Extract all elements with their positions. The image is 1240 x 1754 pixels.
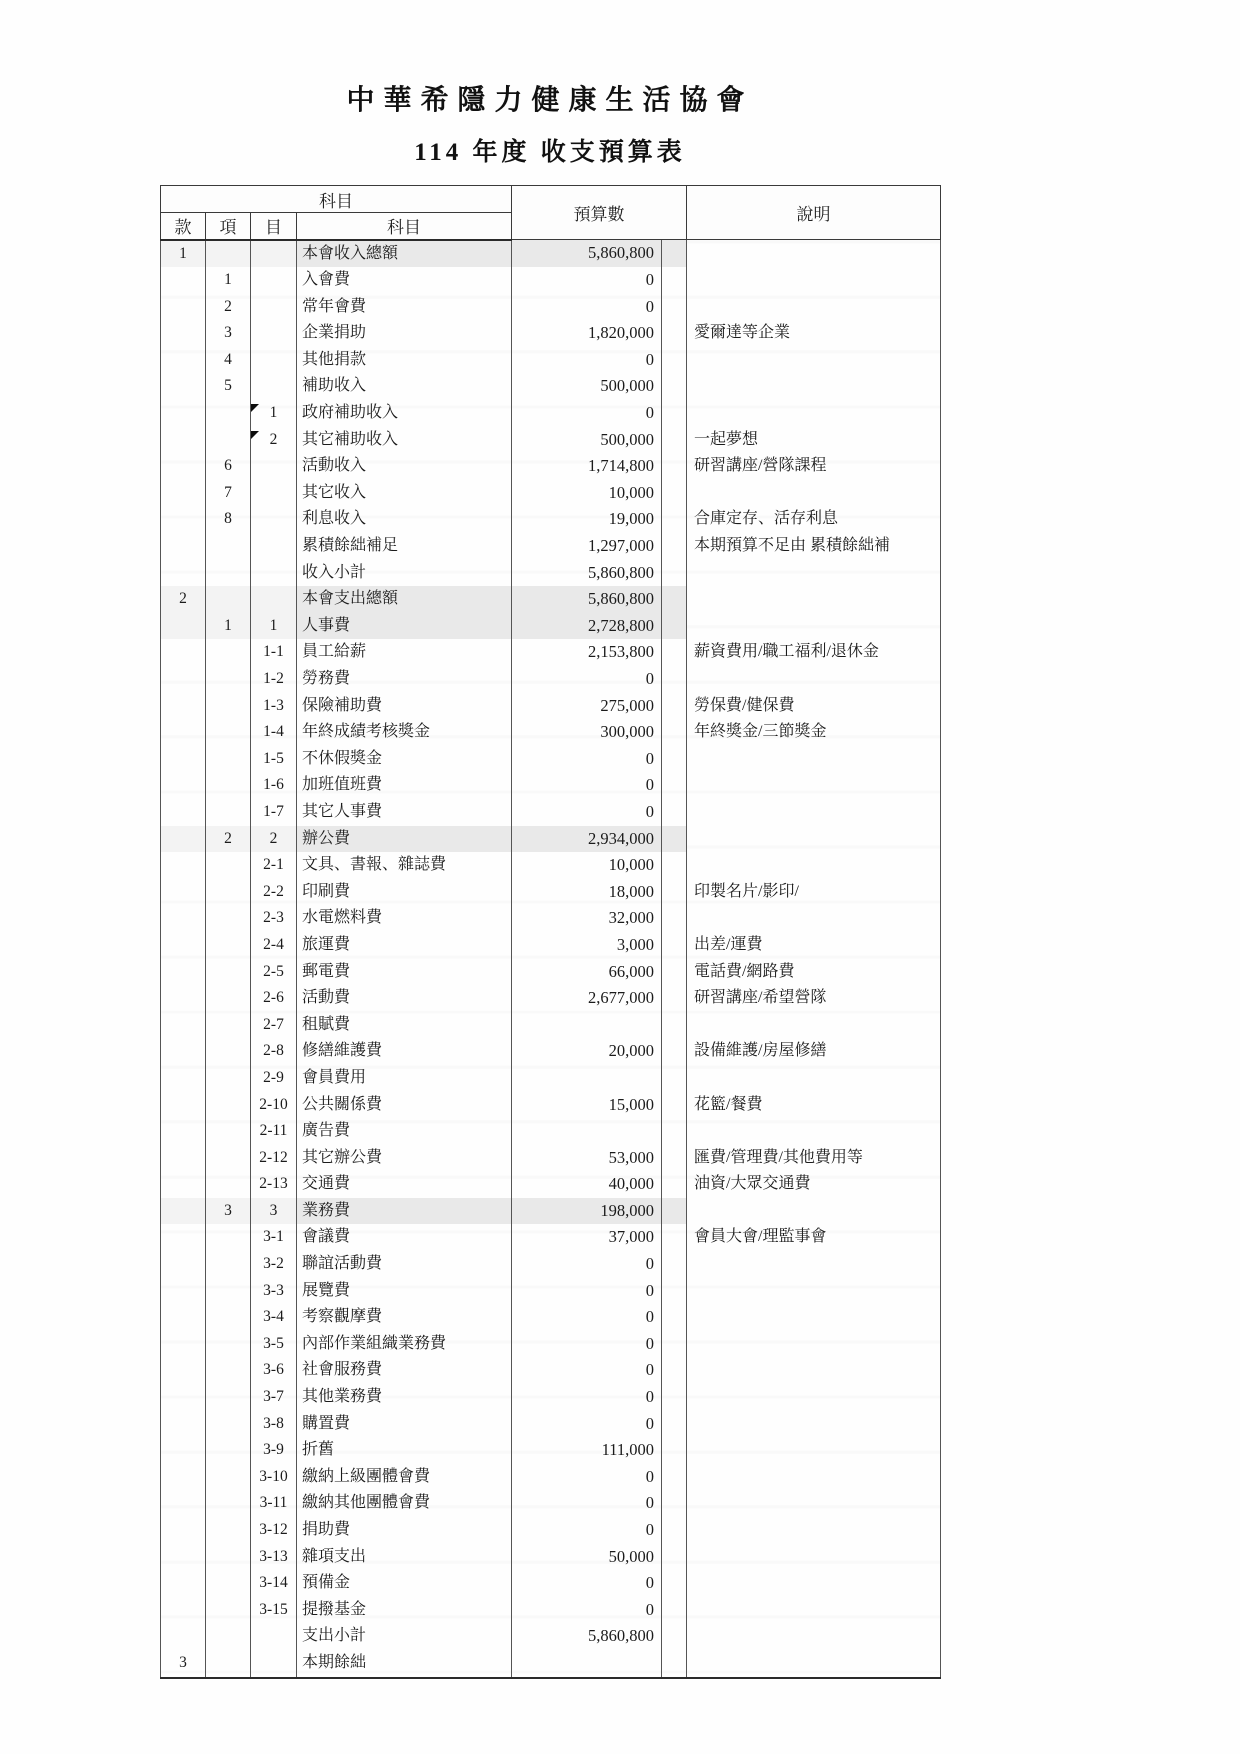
mu-cell: 1-7 xyxy=(251,799,297,826)
kuan-cell xyxy=(161,1038,206,1065)
xiang-cell xyxy=(206,719,251,746)
gap-cell xyxy=(662,613,687,640)
kuan-cell xyxy=(161,1544,206,1571)
note-cell xyxy=(687,1570,941,1597)
budget-cell: 0 xyxy=(512,294,662,321)
note-cell xyxy=(687,347,941,374)
kuan-cell xyxy=(161,1357,206,1384)
kuan-cell xyxy=(161,1464,206,1491)
note-cell xyxy=(687,905,941,932)
budget-table: 科目 預算數 說明 款 項 目 科目 1本會收入總額5,860,8001入會費0… xyxy=(160,185,941,1679)
mu-cell: 3-13 xyxy=(251,1544,297,1571)
table-row: 3-3展覽費0 xyxy=(161,1278,941,1305)
mu-cell: 3-12 xyxy=(251,1517,297,1544)
subject-cell: 旅運費 xyxy=(297,932,512,959)
table-row: 1-6加班值班費0 xyxy=(161,772,941,799)
note-cell: 會員大會/理監事會 xyxy=(687,1224,941,1251)
subject-group-header: 科目 xyxy=(161,186,512,213)
table-row: 3-12捐助費0 xyxy=(161,1517,941,1544)
subject-cell: 內部作業組織業務費 xyxy=(297,1331,512,1358)
table-row: 3-4考察觀摩費0 xyxy=(161,1304,941,1331)
xiang-cell xyxy=(206,1038,251,1065)
gap-cell xyxy=(662,1145,687,1172)
gap-cell xyxy=(662,879,687,906)
subject-cell: 購置費 xyxy=(297,1411,512,1438)
budget-cell: 19,000 xyxy=(512,506,662,533)
gap-cell xyxy=(662,799,687,826)
table-row: 1-2勞務費0 xyxy=(161,666,941,693)
budget-cell: 37,000 xyxy=(512,1224,662,1251)
note-cell xyxy=(687,1198,941,1225)
xiang-cell xyxy=(206,1065,251,1092)
note-cell xyxy=(687,1065,941,1092)
budget-cell: 0 xyxy=(512,1570,662,1597)
note-cell xyxy=(687,826,941,853)
page-subtitle: 114 年度 收支預算表 xyxy=(160,132,940,168)
subject-cell: 預備金 xyxy=(297,1570,512,1597)
kuan-cell xyxy=(161,959,206,986)
subject-cell: 常年會費 xyxy=(297,294,512,321)
note-cell xyxy=(687,1650,941,1678)
kuan-cell: 1 xyxy=(161,240,206,268)
xiang-cell xyxy=(206,1464,251,1491)
subject-cell: 員工給薪 xyxy=(297,639,512,666)
table-row: 1-5不休假獎金0 xyxy=(161,746,941,773)
xiang-cell xyxy=(206,1570,251,1597)
mu-cell xyxy=(251,533,297,560)
mu-cell: 1 xyxy=(251,613,297,640)
budget-cell: 15,000 xyxy=(512,1092,662,1119)
gap-cell xyxy=(662,1012,687,1039)
gap-cell xyxy=(662,347,687,374)
xiang-cell xyxy=(206,1517,251,1544)
kuan-cell xyxy=(161,826,206,853)
subject-cell: 其它人事費 xyxy=(297,799,512,826)
gap-cell xyxy=(662,852,687,879)
mu-cell: 2-13 xyxy=(251,1171,297,1198)
xiang-cell xyxy=(206,639,251,666)
kuan-cell xyxy=(161,772,206,799)
gap-cell xyxy=(662,1092,687,1119)
kuan-cell xyxy=(161,1384,206,1411)
table-row: 2常年會費0 xyxy=(161,294,941,321)
gap-cell xyxy=(662,267,687,294)
table-row: 2-13交通費40,000油資/大眾交通費 xyxy=(161,1171,941,1198)
subject-cell: 廣告費 xyxy=(297,1118,512,1145)
mu-cell xyxy=(251,240,297,268)
subject-cell: 收入小計 xyxy=(297,560,512,587)
subject-cell: 辦公費 xyxy=(297,826,512,853)
comment-marker-icon xyxy=(251,431,259,439)
budget-cell: 500,000 xyxy=(512,427,662,454)
xiang-cell xyxy=(206,1171,251,1198)
xiang-cell xyxy=(206,586,251,613)
kuan-cell xyxy=(161,613,206,640)
subject-cell: 利息收入 xyxy=(297,506,512,533)
gap-cell xyxy=(662,772,687,799)
xiang-cell: 3 xyxy=(206,320,251,347)
table-row: 1-4年終成績考核獎金300,000年終獎金/三節獎金 xyxy=(161,719,941,746)
note-cell xyxy=(687,267,941,294)
gap-cell xyxy=(662,1278,687,1305)
subject-cell: 本會收入總額 xyxy=(297,240,512,268)
kuan-cell xyxy=(161,932,206,959)
mu-cell: 2-2 xyxy=(251,879,297,906)
kuan-cell xyxy=(161,294,206,321)
budget-table-header: 科目 預算數 說明 款 項 目 科目 xyxy=(161,186,941,240)
kuan-cell xyxy=(161,799,206,826)
gap-cell xyxy=(662,373,687,400)
xiang-cell xyxy=(206,985,251,1012)
mu-cell: 2-7 xyxy=(251,1012,297,1039)
mu-cell: 2-12 xyxy=(251,1145,297,1172)
mu-cell xyxy=(251,320,297,347)
subject-cell: 折舊 xyxy=(297,1437,512,1464)
gap-cell xyxy=(662,1357,687,1384)
gap-cell xyxy=(662,294,687,321)
budget-cell: 2,677,000 xyxy=(512,985,662,1012)
gap-cell xyxy=(662,1118,687,1145)
budget-cell: 0 xyxy=(512,1357,662,1384)
table-row: 3-15提撥基金0 xyxy=(161,1597,941,1624)
gap-cell xyxy=(662,1065,687,1092)
gap-cell xyxy=(662,666,687,693)
xiang-cell xyxy=(206,1411,251,1438)
table-row: 1本會收入總額5,860,800 xyxy=(161,240,941,268)
xiang-cell: 1 xyxy=(206,267,251,294)
budget-cell: 0 xyxy=(512,400,662,427)
table-row: 5補助收入500,000 xyxy=(161,373,941,400)
note-cell: 匯費/管理費/其他費用等 xyxy=(687,1145,941,1172)
budget-cell: 0 xyxy=(512,746,662,773)
budget-cell: 53,000 xyxy=(512,1145,662,1172)
note-cell: 電話費/網路費 xyxy=(687,959,941,986)
table-row: 3-11繳納其他團體會費0 xyxy=(161,1490,941,1517)
budget-cell xyxy=(512,1065,662,1092)
mu-cell xyxy=(251,347,297,374)
xiang-cell: 7 xyxy=(206,480,251,507)
note-cell: 愛爾達等企業 xyxy=(687,320,941,347)
budget-cell: 50,000 xyxy=(512,1544,662,1571)
kuan-cell xyxy=(161,985,206,1012)
budget-cell: 275,000 xyxy=(512,693,662,720)
mu-cell: 1-6 xyxy=(251,772,297,799)
mu-cell: 1-5 xyxy=(251,746,297,773)
xiang-cell xyxy=(206,1092,251,1119)
xiang-cell xyxy=(206,772,251,799)
budget-cell: 0 xyxy=(512,1384,662,1411)
document-header: 中華希隱力健康生活協會 114 年度 收支預算表 xyxy=(160,78,940,168)
kuan-cell xyxy=(161,1278,206,1305)
kuan-cell xyxy=(161,1198,206,1225)
mu-cell xyxy=(251,373,297,400)
gap-cell xyxy=(662,1331,687,1358)
gap-cell xyxy=(662,1384,687,1411)
subject-cell: 其它辦公費 xyxy=(297,1145,512,1172)
xiang-cell xyxy=(206,693,251,720)
table-row: 2-5郵電費66,000電話費/網路費 xyxy=(161,959,941,986)
subject-cell: 企業捐助 xyxy=(297,320,512,347)
xiang-cell xyxy=(206,1118,251,1145)
table-row: 支出小計5,860,800 xyxy=(161,1623,941,1650)
mu-cell xyxy=(251,506,297,533)
note-cell xyxy=(687,1544,941,1571)
table-row: 3本期餘絀 xyxy=(161,1650,941,1678)
mu-cell: 2-3 xyxy=(251,905,297,932)
kuan-cell xyxy=(161,1623,206,1650)
note-cell: 印製名片/影印/ xyxy=(687,879,941,906)
table-row: 2-1文具、書報、雜誌費10,000 xyxy=(161,852,941,879)
subject-cell: 印刷費 xyxy=(297,879,512,906)
kuan-cell xyxy=(161,453,206,480)
kuan-cell xyxy=(161,852,206,879)
mu-cell: 3-4 xyxy=(251,1304,297,1331)
gap-cell xyxy=(662,1411,687,1438)
mu-cell: 3-7 xyxy=(251,1384,297,1411)
table-row: 3-7其他業務費0 xyxy=(161,1384,941,1411)
kuan-cell: 3 xyxy=(161,1650,206,1678)
kuan-cell xyxy=(161,639,206,666)
mu-column-header: 目 xyxy=(251,213,297,240)
note-cell: 本期預算不足由 累積餘絀補 xyxy=(687,533,941,560)
xiang-cell xyxy=(206,1145,251,1172)
budget-cell: 0 xyxy=(512,1464,662,1491)
note-cell xyxy=(687,1464,941,1491)
mu-cell xyxy=(251,480,297,507)
subject-cell: 其他業務費 xyxy=(297,1384,512,1411)
budget-cell: 0 xyxy=(512,772,662,799)
subject-cell: 交通費 xyxy=(297,1171,512,1198)
mu-cell: 1-2 xyxy=(251,666,297,693)
kuan-cell xyxy=(161,1411,206,1438)
kuan-cell xyxy=(161,1012,206,1039)
mu-cell: 2-8 xyxy=(251,1038,297,1065)
budget-cell: 5,860,800 xyxy=(512,586,662,613)
budget-cell: 2,153,800 xyxy=(512,639,662,666)
kuan-cell xyxy=(161,533,206,560)
gap-cell xyxy=(662,932,687,959)
kuan-cell xyxy=(161,1118,206,1145)
note-cell: 出差/運費 xyxy=(687,932,941,959)
mu-cell: 1-3 xyxy=(251,693,297,720)
budget-cell xyxy=(512,1650,662,1678)
table-row: 3-13雜項支出50,000 xyxy=(161,1544,941,1571)
mu-cell xyxy=(251,294,297,321)
xiang-cell xyxy=(206,400,251,427)
gap-cell xyxy=(662,240,687,268)
xiang-cell: 4 xyxy=(206,347,251,374)
note-cell xyxy=(687,373,941,400)
table-row: 3-6社會服務費0 xyxy=(161,1357,941,1384)
mu-cell: 1-1 xyxy=(251,639,297,666)
gap-cell xyxy=(662,1464,687,1491)
budget-cell: 5,860,800 xyxy=(512,560,662,587)
kuan-cell xyxy=(161,400,206,427)
budget-cell: 3,000 xyxy=(512,932,662,959)
note-cell xyxy=(687,666,941,693)
note-cell xyxy=(687,1304,941,1331)
kuan-cell xyxy=(161,320,206,347)
table-row: 1政府補助收入0 xyxy=(161,400,941,427)
xiang-cell xyxy=(206,932,251,959)
kuan-cell xyxy=(161,1224,206,1251)
subject-cell: 社會服務費 xyxy=(297,1357,512,1384)
subject-cell: 修繕維護費 xyxy=(297,1038,512,1065)
subject-cell: 補助收入 xyxy=(297,373,512,400)
note-cell: 年終獎金/三節獎金 xyxy=(687,719,941,746)
xiang-cell xyxy=(206,666,251,693)
xiang-cell xyxy=(206,1650,251,1678)
mu-cell: 3-9 xyxy=(251,1437,297,1464)
note-cell: 研習講座/希望營隊 xyxy=(687,985,941,1012)
budget-cell: 0 xyxy=(512,666,662,693)
budget-cell xyxy=(512,1012,662,1039)
table-row: 2-3水電燃料費32,000 xyxy=(161,905,941,932)
subject-cell: 其它補助收入 xyxy=(297,427,512,454)
budget-cell: 0 xyxy=(512,1251,662,1278)
note-cell xyxy=(687,1490,941,1517)
note-cell: 油資/大眾交通費 xyxy=(687,1171,941,1198)
xiang-cell xyxy=(206,1012,251,1039)
kuan-cell xyxy=(161,905,206,932)
budget-cell: 0 xyxy=(512,347,662,374)
xiang-cell xyxy=(206,1251,251,1278)
note-cell xyxy=(687,1118,941,1145)
note-cell xyxy=(687,1411,941,1438)
mu-cell: 3-1 xyxy=(251,1224,297,1251)
kuan-cell xyxy=(161,1517,206,1544)
budget-cell: 0 xyxy=(512,1490,662,1517)
table-row: 1入會費0 xyxy=(161,267,941,294)
xiang-cell xyxy=(206,1437,251,1464)
xiang-cell xyxy=(206,240,251,268)
gap-cell xyxy=(662,1517,687,1544)
budget-cell: 1,297,000 xyxy=(512,533,662,560)
gap-cell xyxy=(662,400,687,427)
table-row: 2-12其它辦公費53,000匯費/管理費/其他費用等 xyxy=(161,1145,941,1172)
subject-cell: 本會支出總額 xyxy=(297,586,512,613)
budget-cell: 66,000 xyxy=(512,959,662,986)
subject-cell: 公共關係費 xyxy=(297,1092,512,1119)
table-row: 2-2印刷費18,000印製名片/影印/ xyxy=(161,879,941,906)
gap-cell xyxy=(662,1490,687,1517)
table-row: 22辦公費2,934,000 xyxy=(161,826,941,853)
table-row: 2-11廣告費 xyxy=(161,1118,941,1145)
mu-cell xyxy=(251,1623,297,1650)
subject-cell: 繳納上級團體會費 xyxy=(297,1464,512,1491)
note-cell xyxy=(687,1357,941,1384)
kuan-cell xyxy=(161,1570,206,1597)
note-cell: 勞保費/健保費 xyxy=(687,693,941,720)
gap-cell xyxy=(662,1171,687,1198)
budget-column-header: 預算數 xyxy=(512,186,687,240)
table-row: 6活動收入1,714,800研習講座/營隊課程 xyxy=(161,453,941,480)
subject-cell: 保險補助費 xyxy=(297,693,512,720)
gap-cell xyxy=(662,1038,687,1065)
xiang-column-header: 項 xyxy=(206,213,251,240)
subject-cell: 累積餘絀補足 xyxy=(297,533,512,560)
gap-cell xyxy=(662,453,687,480)
budget-cell: 2,728,800 xyxy=(512,613,662,640)
budget-cell: 198,000 xyxy=(512,1198,662,1225)
subject-cell: 展覽費 xyxy=(297,1278,512,1305)
subject-cell: 其他捐款 xyxy=(297,347,512,374)
budget-cell: 10,000 xyxy=(512,480,662,507)
table-row: 2本會支出總額5,860,800 xyxy=(161,586,941,613)
gap-cell xyxy=(662,1224,687,1251)
xiang-cell xyxy=(206,1623,251,1650)
kuan-cell xyxy=(161,1490,206,1517)
xiang-cell xyxy=(206,1224,251,1251)
table-row: 8利息收入19,000合庫定存、活存利息 xyxy=(161,506,941,533)
xiang-cell: 2 xyxy=(206,294,251,321)
table-row: 33業務費198,000 xyxy=(161,1198,941,1225)
budget-cell: 2,934,000 xyxy=(512,826,662,853)
mu-cell: 3-6 xyxy=(251,1357,297,1384)
gap-cell xyxy=(662,1597,687,1624)
xiang-cell xyxy=(206,879,251,906)
budget-cell: 1,714,800 xyxy=(512,453,662,480)
kuan-cell xyxy=(161,719,206,746)
mu-cell: 3 xyxy=(251,1198,297,1225)
table-row: 2-7租賦費 xyxy=(161,1012,941,1039)
xiang-cell xyxy=(206,959,251,986)
xiang-cell xyxy=(206,905,251,932)
subject-cell: 人事費 xyxy=(297,613,512,640)
subject-cell: 會議費 xyxy=(297,1224,512,1251)
mu-cell: 3-8 xyxy=(251,1411,297,1438)
table-row: 收入小計5,860,800 xyxy=(161,560,941,587)
table-row: 2-10公共關係費15,000花籃/餐費 xyxy=(161,1092,941,1119)
budget-cell: 18,000 xyxy=(512,879,662,906)
budget-cell: 32,000 xyxy=(512,905,662,932)
gap-cell xyxy=(662,1198,687,1225)
subject-cell: 郵電費 xyxy=(297,959,512,986)
mu-cell: 2-4 xyxy=(251,932,297,959)
table-row: 2其它補助收入500,000一起夢想 xyxy=(161,427,941,454)
note-cell xyxy=(687,746,941,773)
gap-cell xyxy=(662,719,687,746)
gap-cell xyxy=(662,693,687,720)
xiang-cell xyxy=(206,1331,251,1358)
table-row: 2-6活動費2,677,000研習講座/希望營隊 xyxy=(161,985,941,1012)
budget-cell: 0 xyxy=(512,1517,662,1544)
kuan-column-header: 款 xyxy=(161,213,206,240)
budget-cell: 10,000 xyxy=(512,852,662,879)
note-cell xyxy=(687,480,941,507)
table-row: 3-5內部作業組織業務費0 xyxy=(161,1331,941,1358)
table-row: 3-2聯誼活動費0 xyxy=(161,1251,941,1278)
note-cell xyxy=(687,1331,941,1358)
subject-cell: 其它收入 xyxy=(297,480,512,507)
gap-cell xyxy=(662,1570,687,1597)
kuan-cell xyxy=(161,1251,206,1278)
mu-cell: 3-5 xyxy=(251,1331,297,1358)
mu-cell: 3-15 xyxy=(251,1597,297,1624)
mu-cell xyxy=(251,453,297,480)
note-cell xyxy=(687,240,941,268)
subject-cell: 活動費 xyxy=(297,985,512,1012)
table-row: 1-3保險補助費275,000勞保費/健保費 xyxy=(161,693,941,720)
page-title: 中華希隱力健康生活協會 xyxy=(160,78,940,118)
subject-cell: 入會費 xyxy=(297,267,512,294)
mu-cell: 2-5 xyxy=(251,959,297,986)
xiang-cell: 8 xyxy=(206,506,251,533)
table-row: 3-1會議費37,000會員大會/理監事會 xyxy=(161,1224,941,1251)
gap-cell xyxy=(662,427,687,454)
note-cell xyxy=(687,1251,941,1278)
note-cell xyxy=(687,1278,941,1305)
